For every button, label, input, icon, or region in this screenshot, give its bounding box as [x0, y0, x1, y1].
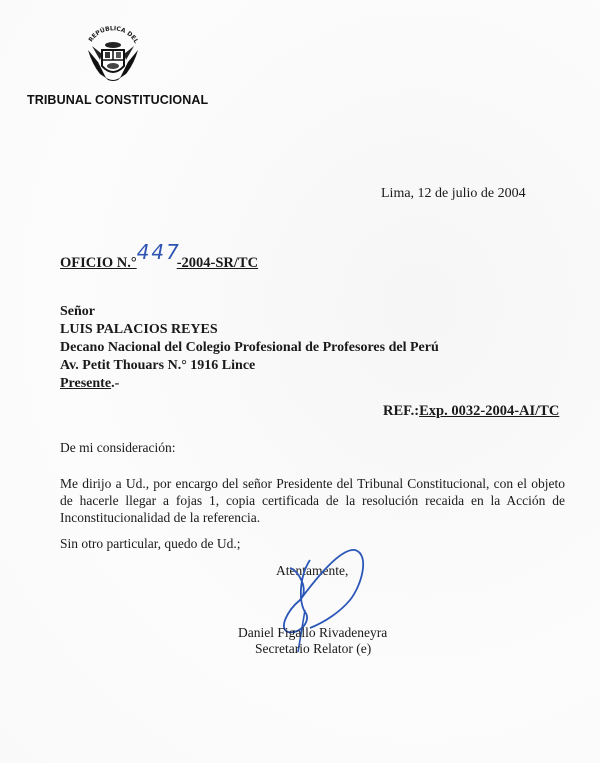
- presente-suffix: .-: [111, 376, 119, 391]
- closing-line: Sin otro particular, quedo de Ud.;: [60, 536, 241, 552]
- greeting: De mi consideración:: [60, 440, 175, 456]
- addressee-position: Decano Nacional del Colegio Profesional …: [60, 339, 439, 357]
- letter-page: REPÚBLICA DEL PERÚ TRIBUNAL CONSTITUCION…: [0, 0, 600, 763]
- institution-name: TRIBUNAL CONSTITUCIONAL: [27, 93, 208, 107]
- addressee-address: Av. Petit Thouars N.° 1916 Lince: [60, 357, 439, 375]
- date-line: Lima, 12 de julio de 2004: [381, 186, 526, 202]
- oficio-suffix: -2004-SR/TC: [177, 255, 258, 271]
- body-paragraph: Me dirijo a Ud., por encargo del señor P…: [60, 475, 565, 526]
- signer-title: Secretario Relator (e): [255, 641, 371, 657]
- addressee-block: Señor LUIS PALACIOS REYES Decano Naciona…: [60, 303, 439, 393]
- presente-text: Presente: [60, 376, 111, 391]
- oficio-prefix: OFICIO N.°: [60, 255, 137, 271]
- addressee-presente: Presente.-: [60, 375, 439, 393]
- addressee-salutation: Señor: [60, 303, 439, 321]
- handwritten-number: 447: [137, 240, 177, 264]
- reference-line: REF.:Exp. 0032-2004-AI/TC: [383, 403, 559, 420]
- addressee-name: LUIS PALACIOS REYES: [60, 321, 439, 339]
- peru-coat-of-arms-icon: REPÚBLICA DEL PERÚ: [78, 20, 148, 86]
- reference-label: REF.:: [383, 403, 419, 419]
- oficio-number: OFICIO N.°447-2004-SR/TC: [60, 248, 258, 272]
- reference-value: Exp. 0032-2004-AI/TC: [419, 403, 559, 419]
- signer-name: Daniel Figallo Rivadeneyra: [238, 625, 387, 641]
